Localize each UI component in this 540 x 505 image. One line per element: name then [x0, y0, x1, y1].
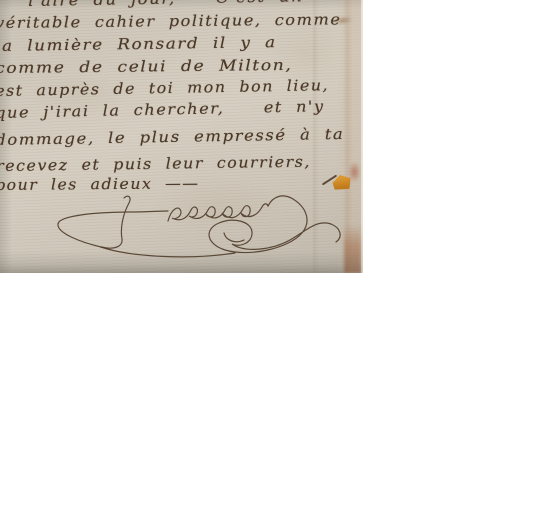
signature-stroke	[101, 247, 235, 257]
signature-stroke	[168, 204, 268, 221]
signature-stroke	[58, 196, 168, 248]
page-canvas: l'aire du jour, C'est un véritable cahie…	[0, 0, 540, 505]
signature-stroke	[224, 233, 244, 242]
rust-stain	[346, 158, 363, 186]
signature-flourish	[0, 0, 363, 273]
bottom-right-stain	[344, 224, 361, 273]
signature-stroke	[209, 196, 340, 253]
manuscript-photo: l'aire du jour, C'est un véritable cahie…	[0, 0, 363, 273]
